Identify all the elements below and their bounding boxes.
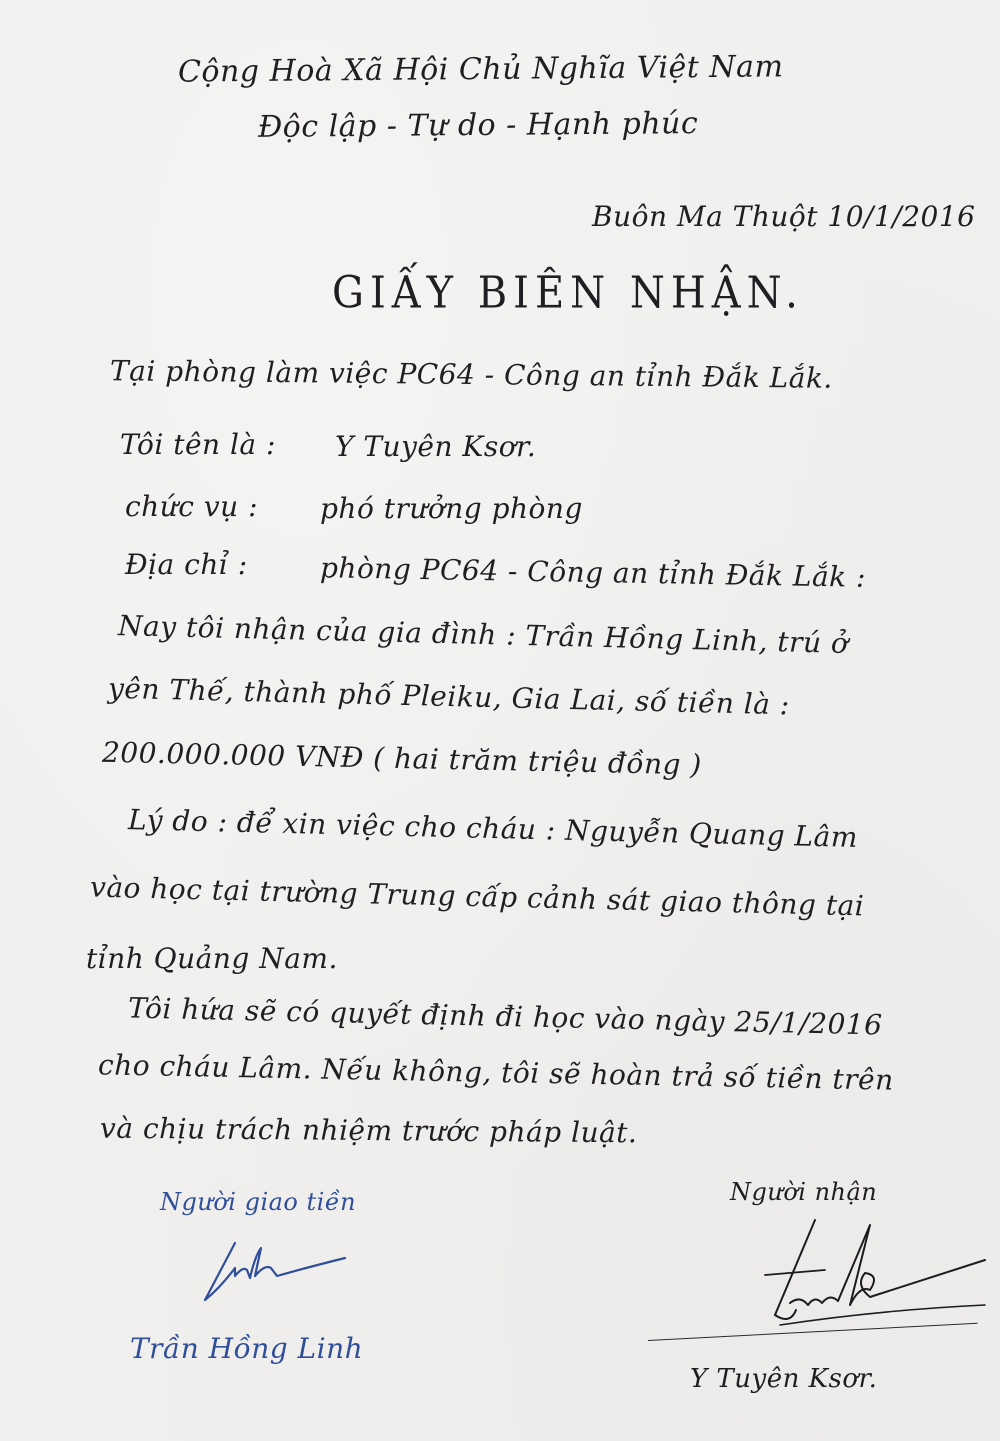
giver-signature — [195, 1238, 355, 1308]
receiver-printed-name: Y Tuyên Ksơr. — [690, 1364, 877, 1394]
receiver-label: Người nhận — [730, 1178, 877, 1206]
name-value: Y Tuyên Ksơr. — [335, 430, 536, 463]
commitment-line-3: và chịu trách nhiệm trước pháp luật. — [100, 1112, 638, 1150]
document-title: GIẤY BIÊN NHẬN. — [332, 268, 804, 319]
giver-printed-name: Trần Hồng Linh — [130, 1332, 363, 1365]
position-label: chức vụ : — [125, 490, 258, 523]
name-label: Tôi tên là : — [120, 428, 276, 461]
receiver-signature — [760, 1215, 990, 1335]
national-header-line2: Độc lập - Tự do - Hạnh phúc — [258, 106, 699, 145]
giver-label: Người giao tiền — [160, 1188, 356, 1216]
place-date: Buôn Ma Thuột 10/1/2016 — [592, 200, 975, 233]
national-header-line1: Cộng Hoà Xã Hội Chủ Nghĩa Việt Nam — [178, 49, 784, 89]
unit-label: Địa chỉ : — [125, 548, 248, 581]
reason-line-3: tỉnh Quảng Nam. — [86, 942, 338, 975]
position-value: phó trưởng phòng — [320, 492, 583, 525]
